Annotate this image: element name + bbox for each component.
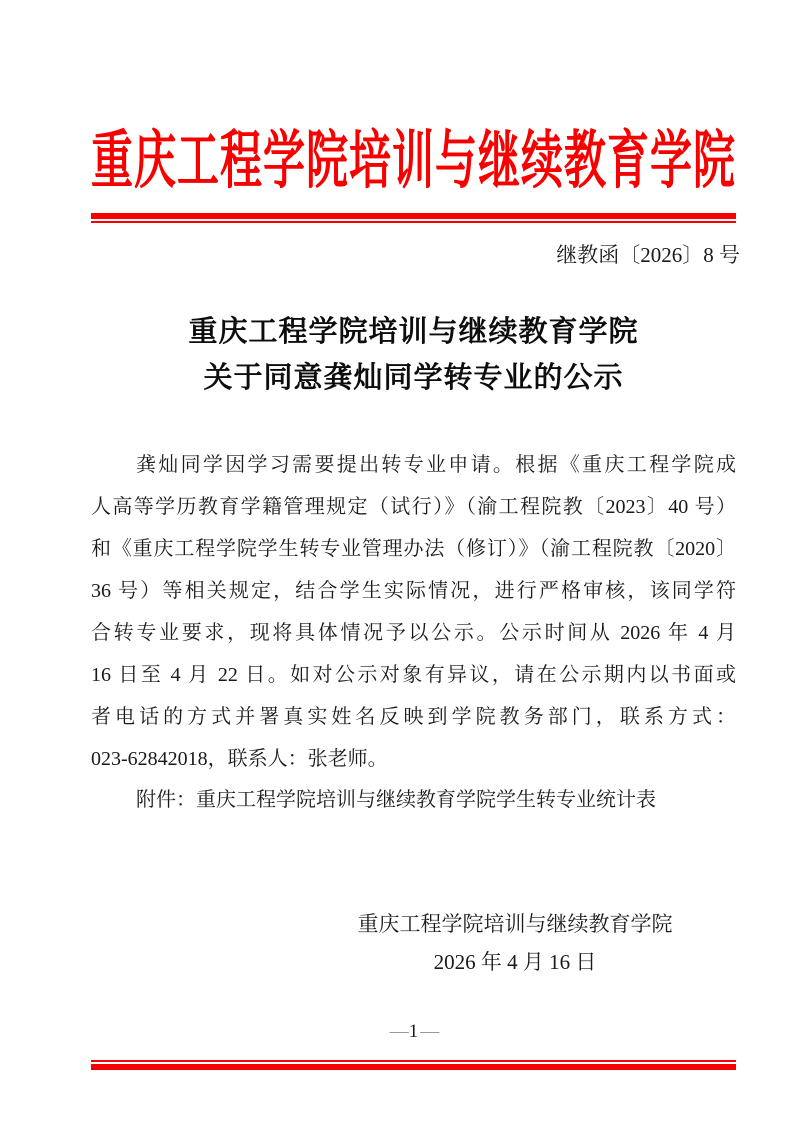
- attachment-note: 附件：重庆工程学院培训与继续教育学院学生转专业统计表: [91, 779, 736, 821]
- body-line: 和《重庆工程学院学生转专业管理办法（修订）》（渝工程院教〔2020〕: [91, 528, 736, 570]
- signature-date: 2026 年 4 月 16 日: [348, 943, 682, 981]
- signature-block: 重庆工程学院培训与继续教育学院 2026 年 4 月 16 日: [348, 905, 682, 981]
- page-number-dash-right: —: [420, 1021, 437, 1042]
- document-title: 重庆工程学院培训与继续教育学院 关于同意龚灿同学转专业的公示: [91, 309, 736, 401]
- signature-organization: 重庆工程学院培训与继续教育学院: [348, 905, 682, 943]
- document-title-line2: 关于同意龚灿同学转专业的公示: [91, 355, 736, 401]
- footer-rule-thick-line: [91, 1064, 736, 1070]
- footer-double-rule: [91, 1060, 736, 1070]
- document-page: 重庆工程学院培训与继续教育学院 继教函〔2026〕8 号 重庆工程学院培训与继续…: [0, 0, 793, 1122]
- header-double-rule: [91, 213, 736, 223]
- header-rule-thin-line: [91, 221, 736, 223]
- body-line: 者电话的方式并署真实姓名反映到学院教务部门，联系方式：: [91, 696, 736, 738]
- document-number: 继教函〔2026〕8 号: [91, 240, 740, 270]
- body-line: 龚灿同学因学习需要提出转专业申请。根据《重庆工程学院成: [91, 444, 736, 486]
- document-body: 龚灿同学因学习需要提出转专业申请。根据《重庆工程学院成 人高等学历教育学籍管理规…: [91, 444, 736, 780]
- body-line: 16 日至 4 月 22 日。如对公示对象有异议，请在公示期内以书面或: [91, 654, 736, 696]
- page-number: —1—: [91, 1020, 736, 1044]
- body-line: 合转专业要求，现将具体情况予以公示。公示时间从 2026 年 4 月: [91, 612, 736, 654]
- letterhead-title: 重庆工程学院培训与继续教育学院: [91, 131, 736, 194]
- body-line: 023-62842018，联系人：张老师。: [91, 738, 736, 780]
- body-line: 36 号）等相关规定，结合学生实际情况，进行严格审核，该同学符: [91, 570, 736, 612]
- page-number-dash-left: —: [390, 1021, 407, 1042]
- document-title-line1: 重庆工程学院培训与继续教育学院: [91, 309, 736, 355]
- page-number-value: 1: [407, 1021, 421, 1042]
- body-line: 人高等学历教育学籍管理规定（试行）》（渝工程院教〔2023〕40 号）: [91, 486, 736, 528]
